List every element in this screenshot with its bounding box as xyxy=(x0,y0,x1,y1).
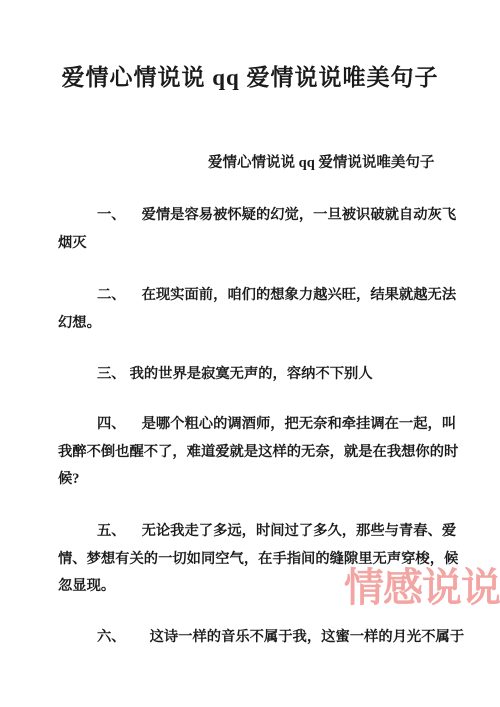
list-item-wrap-line: 烟灭 xyxy=(58,233,87,254)
list-item-wrap-line: 我醉不倒也醒不了，难道爱就是这样的无奈，就是在我想你的时 xyxy=(58,442,458,463)
item-text: 这诗一样的音乐不属于我，这蜜一样的月光不属于 xyxy=(150,629,465,645)
item-number: 六、 xyxy=(97,627,126,648)
item-number: 三、 xyxy=(97,364,126,385)
item-number: 二、 xyxy=(97,285,126,306)
item-tab-gap xyxy=(126,427,142,428)
list-item: 五、无论我走了多远，时间过了多久，那些与青春、爱 xyxy=(97,521,456,542)
list-item-wrap-line: 幻想。 xyxy=(58,313,101,334)
item-number: 一、 xyxy=(97,205,126,226)
item-tab-gap xyxy=(126,298,142,299)
item-tab-gap xyxy=(126,640,150,641)
item-text: 我的世界是寂寞无声的，容纳不下别人 xyxy=(130,366,373,382)
list-item-wrap-line: 候? xyxy=(58,469,79,490)
item-tab-gap xyxy=(126,218,142,219)
item-text: 是哪个粗心的调酒师，把无奈和牵挂调在一起，叫 xyxy=(142,416,457,432)
list-item: 二、在现实面前，咱们的想象力越兴旺，结果就越无法 xyxy=(97,285,456,306)
document-page: 爱情心情说说 qq 爱情说说唯美句子 爱情心情说说 qq 爱情说说唯美句子 一、… xyxy=(0,0,500,707)
item-number: 四、 xyxy=(97,414,126,435)
item-tab-gap xyxy=(126,534,142,535)
list-item-wrap-line: 忽显现。 xyxy=(58,576,115,597)
item-number: 五、 xyxy=(97,521,126,542)
list-item: 四、是哪个粗心的调酒师，把无奈和牵挂调在一起，叫 xyxy=(97,414,456,435)
list-item: 一、爱情是容易被怀疑的幻觉，一旦被识破就自动灰飞 xyxy=(97,205,456,226)
item-text: 在现实面前，咱们的想象力越兴旺，结果就越无法 xyxy=(142,287,457,303)
item-text: 无论我走了多远，时间过了多久，那些与青春、爱 xyxy=(142,523,457,539)
list-item: 三、我的世界是寂寞无声的，容纳不下别人 xyxy=(97,364,373,385)
item-text: 爱情是容易被怀疑的幻觉，一旦被识破就自动灰飞 xyxy=(142,207,457,223)
list-item: 六、这诗一样的音乐不属于我，这蜜一样的月光不属于 xyxy=(97,627,464,648)
document-subtitle: 爱情心情说说 qq 爱情说说唯美句子 xyxy=(208,152,434,174)
document-title: 爱情心情说说 qq 爱情说说唯美句子 xyxy=(0,62,500,94)
watermark-logo: 情感说说 xyxy=(344,566,500,610)
